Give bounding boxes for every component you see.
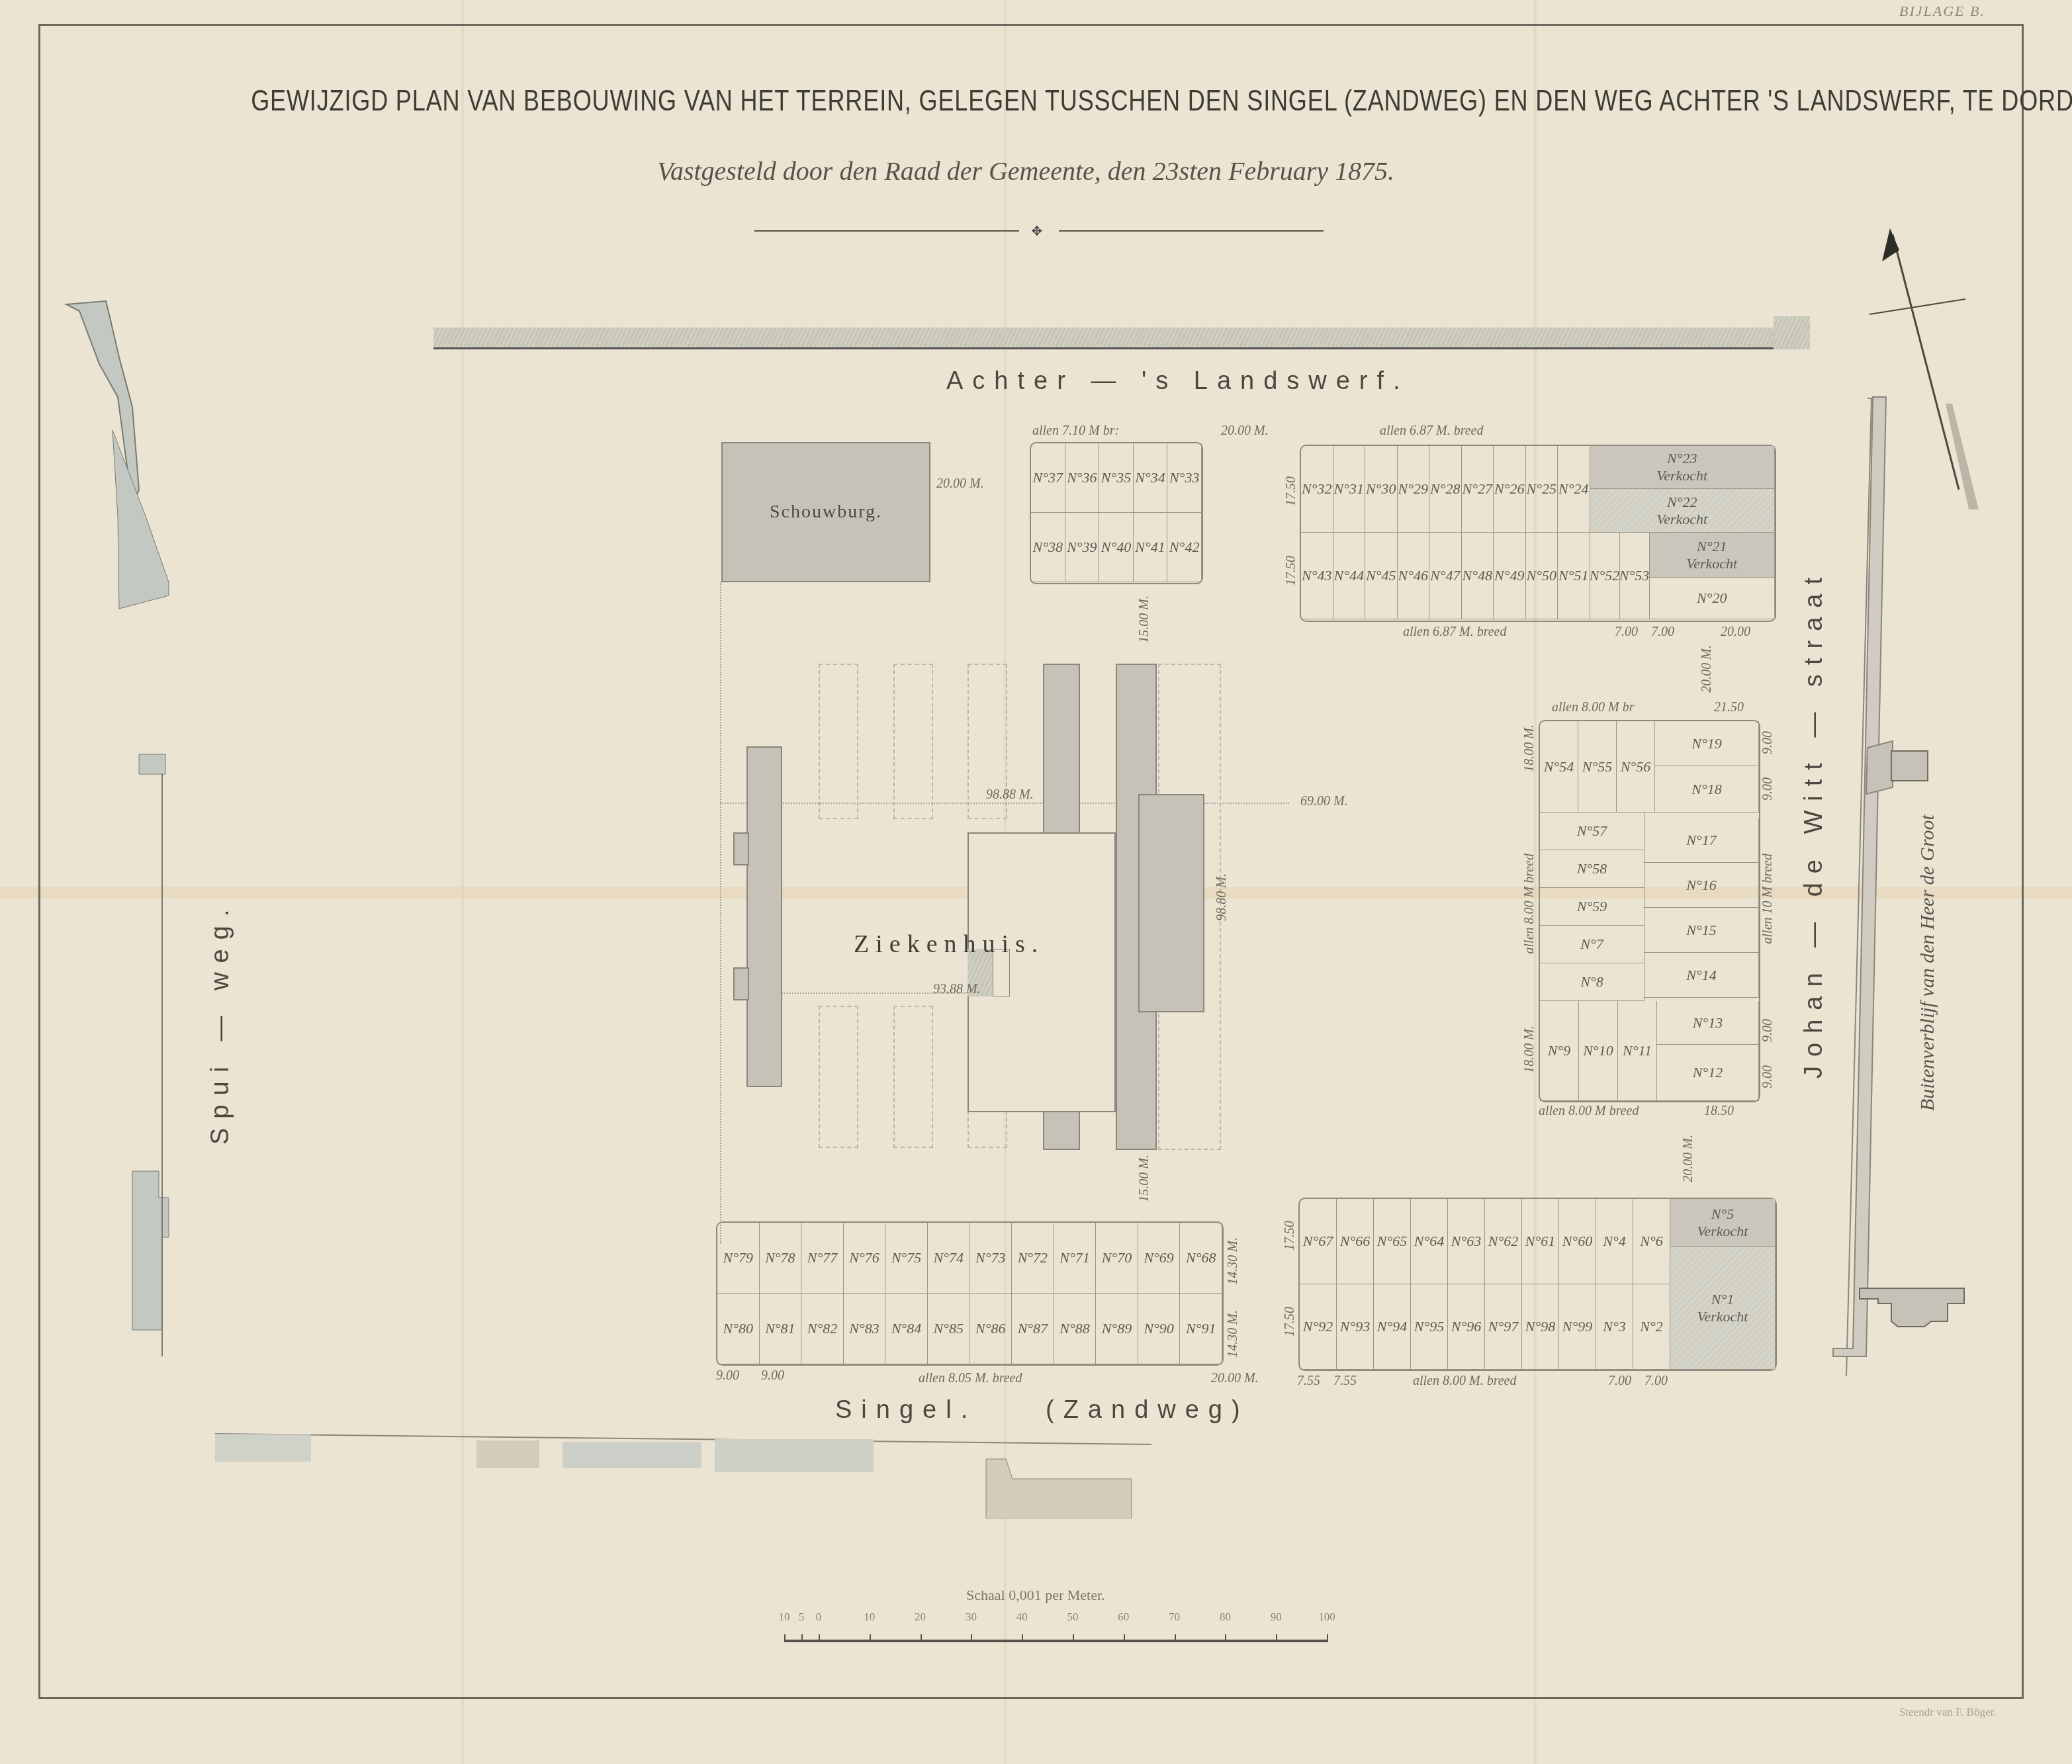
- lot-parcel: N°77: [801, 1223, 844, 1294]
- scale-tick: [1327, 1634, 1328, 1642]
- scale-tick-label: 80: [1220, 1610, 1231, 1624]
- lot-number: N°17: [1686, 832, 1716, 849]
- lot-parcel: N°67: [1300, 1199, 1337, 1284]
- lot-number: N°71: [1059, 1249, 1089, 1266]
- lot-number: N°3: [1603, 1318, 1625, 1335]
- lot-parcel: N°42: [1167, 513, 1202, 582]
- lot-parcel: N°85: [928, 1294, 970, 1364]
- lot-number: N°15: [1686, 922, 1716, 939]
- lot-number: N°28: [1430, 480, 1460, 498]
- lot-parcel: N°83: [844, 1294, 886, 1364]
- lot-parcel: N°24: [1558, 446, 1590, 533]
- lot-parcel: N°5Verkocht: [1670, 1199, 1776, 1247]
- dimension-label: allen 8.00 M br: [1552, 700, 1634, 715]
- lot-number: N°9: [1548, 1042, 1570, 1059]
- lot-parcel: N°59: [1540, 888, 1644, 926]
- lot-parcel: N°97: [1485, 1284, 1522, 1370]
- planned-pavilion: [893, 1006, 933, 1148]
- lot-parcel: N°43: [1301, 533, 1333, 619]
- scale-tick: [1175, 1634, 1176, 1642]
- street-label-zandweg: (Zandweg): [1046, 1396, 1249, 1425]
- lot-number: N°62: [1488, 1233, 1518, 1250]
- planned-pavilion: [893, 664, 933, 819]
- lot-parcel: N°13: [1657, 1001, 1759, 1045]
- lot-number: N°10: [1583, 1042, 1613, 1059]
- lot-parcel: N°3: [1596, 1284, 1633, 1370]
- lot-parcel: N°74: [928, 1223, 970, 1294]
- dimension-label: 18.00 M.: [1522, 725, 1537, 772]
- lot-parcel: N°69: [1138, 1223, 1181, 1294]
- street-label-achter-s-landswerf: Achter — 's Landswerf.: [946, 367, 1410, 396]
- johan-de-witt-estate-wall: [1826, 390, 1959, 1383]
- lot-number: N°14: [1686, 967, 1716, 984]
- dimension-label: 9.00: [761, 1368, 784, 1384]
- lot-parcel: N°64: [1411, 1199, 1448, 1284]
- lot-parcel: N°32: [1301, 446, 1333, 533]
- lot-number: N°89: [1102, 1320, 1132, 1337]
- lot-parcel: N°71: [1054, 1223, 1097, 1294]
- lot-parcel: N°29: [1398, 446, 1430, 533]
- lot-parcel: N°93: [1337, 1284, 1374, 1370]
- street-label-johan-de-witt-straat: Johan — de Witt — straat: [1800, 549, 1828, 1079]
- scale-tick: [1225, 1634, 1226, 1642]
- lot-parcel: N°35: [1099, 443, 1134, 513]
- lot-parcel: N°9: [1540, 1001, 1579, 1101]
- lot-parcel: N°17: [1644, 818, 1759, 863]
- scale-tick-label: 50: [1067, 1610, 1079, 1624]
- lot-parcel: N°56: [1617, 721, 1655, 813]
- lot-parcel: N°2: [1633, 1284, 1670, 1370]
- hospital-wing-annex: [733, 832, 749, 865]
- dimension-label: allen 6.87 M. breed: [1380, 423, 1483, 439]
- lot-parcel: N°78: [760, 1223, 802, 1294]
- scale-tick: [801, 1634, 803, 1642]
- lot-number: N°31: [1334, 480, 1364, 498]
- dimension-label: 17.50: [1283, 1221, 1298, 1251]
- dimension-label: 17.50: [1284, 476, 1299, 506]
- lot-parcel: N°31: [1333, 446, 1366, 533]
- lot-parcel: N°21Verkocht: [1650, 533, 1776, 578]
- street-label-singel: Singel.: [835, 1396, 977, 1425]
- lot-number: N°32: [1302, 480, 1331, 498]
- dimension-label: 7.55: [1297, 1374, 1320, 1389]
- lot-parcel: N°72: [1012, 1223, 1054, 1294]
- dimension-label: allen 6.87 M. breed: [1403, 625, 1506, 640]
- lot-parcel: N°63: [1448, 1199, 1485, 1284]
- lot-number: N°16: [1686, 877, 1716, 894]
- lot-number: N°37: [1033, 469, 1063, 486]
- lot-number: N°59: [1577, 898, 1607, 915]
- lot-status: Verkocht: [1686, 555, 1737, 572]
- lot-number: N°76: [849, 1249, 879, 1266]
- lot-parcel: N°46: [1398, 533, 1430, 619]
- lot-number: N°87: [1018, 1320, 1048, 1337]
- lot-parcel: N°34: [1134, 443, 1168, 513]
- lot-number: N°60: [1562, 1233, 1592, 1250]
- dimension-label: 18.00 M.: [1522, 1026, 1537, 1073]
- lot-parcel: N°61: [1522, 1199, 1559, 1284]
- title-ornament: ✥: [754, 227, 1324, 235]
- lot-number: N°21: [1697, 538, 1727, 555]
- lot-parcel: N°80: [717, 1294, 760, 1364]
- lot-parcel: N°27: [1462, 446, 1494, 533]
- lot-number: N°57: [1577, 822, 1607, 840]
- lot-number: N°12: [1693, 1064, 1723, 1081]
- lot-status: Verkocht: [1656, 467, 1707, 484]
- lot-number: N°83: [849, 1320, 879, 1337]
- lot-parcel: N°10: [1579, 1001, 1618, 1101]
- lot-parcel: N°15: [1644, 908, 1759, 953]
- lot-parcel: N°12: [1657, 1045, 1759, 1101]
- lot-number: N°84: [891, 1320, 921, 1337]
- lot-parcel: N°20: [1650, 578, 1776, 619]
- lot-parcel: N°14: [1644, 953, 1759, 998]
- lot-number: N°33: [1169, 469, 1199, 486]
- lot-number: N°82: [807, 1320, 837, 1337]
- dimension-label: 7.00: [1651, 625, 1674, 640]
- lot-number: N°66: [1340, 1233, 1370, 1250]
- lot-parcel: N°60: [1559, 1199, 1596, 1284]
- dimension-label: allen 8.00 M breed: [1539, 1104, 1639, 1119]
- lot-parcel: N°96: [1448, 1284, 1485, 1370]
- lot-parcel: N°38: [1031, 513, 1065, 582]
- scale-bar: 1050102030405060708090100: [784, 1633, 1327, 1642]
- dimension-label: 7.00: [1644, 1374, 1668, 1389]
- lot-block-top-middle: N°37N°36N°35N°34N°33N°38N°39N°40N°41N°42: [1030, 442, 1203, 584]
- lot-number: N°13: [1693, 1014, 1723, 1032]
- lot-number: N°24: [1558, 480, 1588, 498]
- lot-parcel: N°44: [1333, 533, 1366, 619]
- top-building-corner: [1774, 316, 1810, 349]
- lot-parcel: N°86: [970, 1294, 1013, 1364]
- lot-number: N°43: [1302, 567, 1331, 584]
- planned-pavilion: [819, 664, 858, 819]
- planned-pavilion: [819, 1006, 858, 1148]
- scale-tick: [784, 1634, 786, 1642]
- lot-number: N°94: [1377, 1318, 1407, 1335]
- lot-number: N°69: [1144, 1249, 1173, 1266]
- building-label: Schouwburg.: [770, 502, 882, 523]
- singel-buildings-strip: [212, 1433, 1151, 1519]
- lot-number: N°79: [723, 1249, 753, 1266]
- lot-number: N°54: [1544, 758, 1574, 775]
- lot-parcel: N°87: [1012, 1294, 1054, 1364]
- lot-number: N°27: [1463, 480, 1492, 498]
- dimension-label: 20.00 M.: [1699, 645, 1715, 693]
- scale-tick-label: 20: [915, 1610, 926, 1624]
- lot-parcel: N°82: [801, 1294, 844, 1364]
- dimension-label: 14.30 M.: [1226, 1237, 1241, 1285]
- dimension-label: 98.88 M.: [986, 787, 1034, 803]
- lot-parcel: N°75: [885, 1223, 928, 1294]
- dimension-label: 9.00: [1760, 777, 1776, 801]
- lot-parcel: N°91: [1180, 1294, 1222, 1364]
- dimension-label: 98.80 M.: [1214, 873, 1230, 921]
- lot-parcel: N°52: [1590, 533, 1620, 619]
- dimension-label: 7.00: [1615, 625, 1638, 640]
- lot-number: N°61: [1525, 1233, 1555, 1250]
- scale-tick-label: 5: [799, 1610, 805, 1624]
- lot-number: N°72: [1018, 1249, 1048, 1266]
- lot-parcel: N°95: [1411, 1284, 1448, 1370]
- dimension-label: allen 8.00 M breed: [1522, 854, 1537, 953]
- lot-parcel: N°98: [1522, 1284, 1559, 1370]
- lot-number: N°40: [1101, 539, 1131, 556]
- lot-number: N°85: [933, 1320, 963, 1337]
- lot-block-right-middle: N°54N°55N°56N°19N°18N°57N°58N°59N°7N°8N°…: [1539, 720, 1760, 1102]
- lot-number: N°4: [1603, 1233, 1625, 1250]
- spuiweg-buildings: [40, 298, 172, 1356]
- scale-tick: [1276, 1634, 1277, 1642]
- lot-number: N°47: [1430, 567, 1460, 584]
- lot-parcel: N°62: [1485, 1199, 1522, 1284]
- lot-number: N°80: [723, 1320, 753, 1337]
- lot-parcel: N°45: [1365, 533, 1398, 619]
- lot-parcel: N°53: [1620, 533, 1650, 619]
- lot-number: N°36: [1067, 469, 1097, 486]
- lot-number: N°91: [1186, 1320, 1216, 1337]
- dimension-label: allen 7.10 M br:: [1032, 423, 1119, 439]
- lot-parcel: N°33: [1167, 443, 1202, 513]
- lot-block-top-right: N°32N°31N°30N°29N°28N°27N°26N°25N°24N°43…: [1300, 445, 1776, 622]
- map-sheet: BIJLAGE B. GEWIJZIGD PLAN VAN BEBOUWING …: [0, 0, 2072, 1764]
- lot-number: N°48: [1463, 567, 1492, 584]
- scale-tick: [921, 1634, 922, 1642]
- dimension-label: 20.00 M.: [1681, 1135, 1696, 1182]
- lot-parcel: N°92: [1300, 1284, 1337, 1370]
- estate-building: [1858, 1280, 1984, 1353]
- scale-tick: [971, 1634, 972, 1642]
- ornament-line: [1059, 230, 1324, 232]
- dimension-label: 7.00: [1608, 1374, 1631, 1389]
- lot-status: Verkocht: [1656, 511, 1707, 528]
- lot-status: Verkocht: [1697, 1223, 1748, 1240]
- lot-number: N°11: [1623, 1042, 1652, 1059]
- lot-parcel: N°22Verkocht: [1590, 489, 1776, 533]
- dimension-label: allen 10 M breed: [1760, 854, 1776, 944]
- lot-parcel: N°36: [1065, 443, 1100, 513]
- lot-number: N°22: [1667, 494, 1697, 511]
- dimension-label: 9.00: [716, 1368, 739, 1384]
- lot-number: N°1: [1711, 1291, 1734, 1308]
- dimension-label: 9.00: [1760, 1065, 1776, 1088]
- dimension-label: 18.50: [1704, 1104, 1734, 1119]
- lot-parcel: N°84: [885, 1294, 928, 1364]
- lot-parcel: N°6: [1633, 1199, 1670, 1284]
- lot-number: N°86: [975, 1320, 1005, 1337]
- lot-parcel: N°25: [1526, 446, 1558, 533]
- lot-parcel: N°7: [1540, 926, 1644, 963]
- lot-parcel: N°99: [1559, 1284, 1596, 1370]
- lot-number: N°53: [1619, 567, 1649, 584]
- lot-parcel: N°81: [760, 1294, 802, 1364]
- building-label-ziekenhuis: Ziekenhuis.: [854, 930, 1044, 959]
- lot-parcel: N°4: [1596, 1199, 1633, 1284]
- lot-parcel: N°37: [1031, 443, 1065, 513]
- lot-parcel: N°28: [1429, 446, 1462, 533]
- lot-parcel: N°68: [1180, 1223, 1222, 1294]
- dimension-label: 7.55: [1333, 1374, 1357, 1389]
- scale-tick: [1022, 1634, 1023, 1642]
- lot-parcel: N°58: [1540, 850, 1644, 888]
- ornament-icon: ✥: [1029, 223, 1045, 239]
- lot-number: N°30: [1366, 480, 1396, 498]
- lot-number: N°20: [1697, 590, 1727, 607]
- lot-number: N°74: [933, 1249, 963, 1266]
- scale-tick-label: 30: [966, 1610, 977, 1624]
- dimension-label: 20.00 M.: [936, 476, 984, 492]
- dimension-label: 9.00: [1760, 1019, 1776, 1042]
- lot-parcel: N°11: [1618, 1001, 1657, 1101]
- lot-number: N°77: [807, 1249, 837, 1266]
- lot-number: N°67: [1303, 1233, 1333, 1250]
- lot-parcel: N°47: [1429, 533, 1462, 619]
- lot-number: N°18: [1691, 781, 1721, 798]
- lot-number: N°38: [1033, 539, 1063, 556]
- boundary-line: [720, 582, 721, 1244]
- lot-parcel: N°51: [1558, 533, 1590, 619]
- hospital-wing-east-block: [1138, 794, 1204, 1012]
- lot-number: N°51: [1558, 567, 1588, 584]
- dimension-label: 20.00 M.: [1211, 1371, 1259, 1386]
- lot-parcel: N°65: [1374, 1199, 1411, 1284]
- lot-parcel: N°40: [1099, 513, 1134, 582]
- lot-number: N°34: [1135, 469, 1165, 486]
- lot-parcel: N°49: [1494, 533, 1526, 619]
- lot-number: N°65: [1377, 1233, 1407, 1250]
- building-schouwburg: Schouwburg.: [721, 442, 930, 582]
- lot-number: N°23: [1667, 450, 1697, 467]
- lot-number: N°6: [1640, 1233, 1662, 1250]
- lot-number: N°68: [1186, 1249, 1216, 1266]
- lot-number: N°88: [1059, 1320, 1089, 1337]
- lot-number: N°35: [1101, 469, 1131, 486]
- scale-tick: [819, 1634, 820, 1642]
- lot-parcel: N°39: [1065, 513, 1100, 582]
- lot-parcel: N°57: [1540, 813, 1644, 850]
- lot-number: N°96: [1451, 1318, 1481, 1335]
- lot-number: N°26: [1494, 480, 1524, 498]
- lot-parcel: N°26: [1494, 446, 1526, 533]
- scale-tick: [1124, 1634, 1125, 1642]
- scale-tick-label: 60: [1118, 1610, 1129, 1624]
- dimension-label: 17.50: [1283, 1307, 1298, 1337]
- dimension-label: 69.00 M.: [1300, 794, 1348, 809]
- lot-number: N°95: [1414, 1318, 1444, 1335]
- lot-number: N°73: [975, 1249, 1005, 1266]
- lot-parcel: N°70: [1096, 1223, 1138, 1294]
- estate-label: Buitenverblijf van den Heer de Groot: [1916, 771, 1939, 1155]
- lot-number: N°97: [1488, 1318, 1518, 1335]
- lot-number: N°93: [1340, 1318, 1370, 1335]
- lot-parcel: N°23Verkocht: [1590, 446, 1776, 489]
- lot-parcel: N°48: [1462, 533, 1494, 619]
- scale-tick-label: 40: [1016, 1610, 1028, 1624]
- map-title: GEWIJZIGD PLAN VAN BEBOUWING VAN HET TER…: [251, 85, 1814, 118]
- scale-tick-label: 90: [1271, 1610, 1282, 1624]
- lot-parcel: N°89: [1096, 1294, 1138, 1364]
- lot-parcel: N°8: [1540, 963, 1644, 1001]
- lot-number: N°25: [1527, 480, 1556, 498]
- hospital-wing-west: [746, 746, 782, 1087]
- scale-tick: [1073, 1634, 1074, 1642]
- lot-block-bottom-right: N°67N°66N°65N°64N°63N°62N°61N°60N°4N°6N°…: [1298, 1198, 1777, 1371]
- lot-number: N°7: [1580, 936, 1603, 953]
- lot-parcel: N°54: [1540, 721, 1578, 813]
- hospital-wing-annex: [733, 967, 749, 1000]
- dimension-label: 20.00: [1721, 625, 1750, 640]
- lot-number: N°64: [1414, 1233, 1444, 1250]
- dimension-label: 15.00 M.: [1137, 1155, 1152, 1202]
- lot-parcel: N°88: [1054, 1294, 1097, 1364]
- lot-number: N°5: [1711, 1206, 1734, 1223]
- lot-parcel: N°50: [1526, 533, 1558, 619]
- lot-number: N°58: [1577, 860, 1607, 877]
- lot-number: N°78: [765, 1249, 795, 1266]
- lot-number: N°50: [1527, 567, 1556, 584]
- sheet-label: BIJLAGE B.: [1899, 3, 1985, 20]
- lot-number: N°41: [1135, 539, 1165, 556]
- lot-number: N°8: [1580, 973, 1603, 991]
- lot-number: N°49: [1494, 567, 1524, 584]
- dimension-label: 20.00 M.: [1221, 423, 1269, 439]
- scale-tick-label: 0: [816, 1610, 822, 1624]
- lot-number: N°55: [1582, 758, 1612, 775]
- lot-number: N°99: [1562, 1318, 1592, 1335]
- lot-number: N°75: [891, 1249, 921, 1266]
- lot-parcel: N°66: [1337, 1199, 1374, 1284]
- dimension-label: 15.00 M.: [1137, 595, 1152, 643]
- top-building-strip: [433, 328, 1777, 349]
- lot-number: N°98: [1525, 1318, 1555, 1335]
- lot-parcel: N°79: [717, 1223, 760, 1294]
- lithographer-credit: Steendr van F. Böger.: [1899, 1706, 1996, 1719]
- lot-number: N°63: [1451, 1233, 1481, 1250]
- scale-tick-label: 100: [1318, 1610, 1335, 1624]
- ornament-line: [754, 230, 1019, 232]
- lot-number: N°29: [1398, 480, 1428, 498]
- scale-tick-label: 10: [864, 1610, 875, 1624]
- scale-tick: [870, 1634, 871, 1642]
- lot-parcel: N°94: [1374, 1284, 1411, 1370]
- lot-parcel: N°1Verkocht: [1670, 1247, 1776, 1370]
- lot-parcel: N°41: [1134, 513, 1168, 582]
- lot-parcel: N°90: [1138, 1294, 1181, 1364]
- dimension-label: 9.00: [1760, 731, 1776, 754]
- dimension-label: 14.30 M.: [1226, 1310, 1241, 1358]
- lot-number: N°90: [1144, 1320, 1173, 1337]
- lot-number: N°42: [1169, 539, 1199, 556]
- map-subtitle: Vastgesteld door den Raad der Gemeente, …: [596, 155, 1456, 187]
- lot-number: N°70: [1102, 1249, 1132, 1266]
- lot-number: N°45: [1366, 567, 1396, 584]
- lot-parcel: N°18: [1655, 766, 1759, 813]
- lot-parcel: N°73: [970, 1223, 1013, 1294]
- dimension-label: allen 8.05 M. breed: [919, 1371, 1022, 1386]
- dimension-label: 21.50: [1714, 700, 1744, 715]
- lot-number: N°2: [1640, 1318, 1662, 1335]
- lot-parcel: N°55: [1578, 721, 1617, 813]
- scale-label: Schaal 0,001 per Meter.: [966, 1587, 1105, 1604]
- street-label-spuiweg: Spui — weg.: [206, 867, 235, 1145]
- lot-number: N°44: [1334, 567, 1364, 584]
- dimension-label: allen 8.00 M. breed: [1413, 1374, 1516, 1389]
- lot-parcel: N°16: [1644, 863, 1759, 908]
- lot-number: N°39: [1067, 539, 1097, 556]
- dimension-label: 17.50: [1284, 556, 1299, 586]
- lot-number: N°19: [1691, 735, 1721, 752]
- lot-status: Verkocht: [1697, 1308, 1748, 1325]
